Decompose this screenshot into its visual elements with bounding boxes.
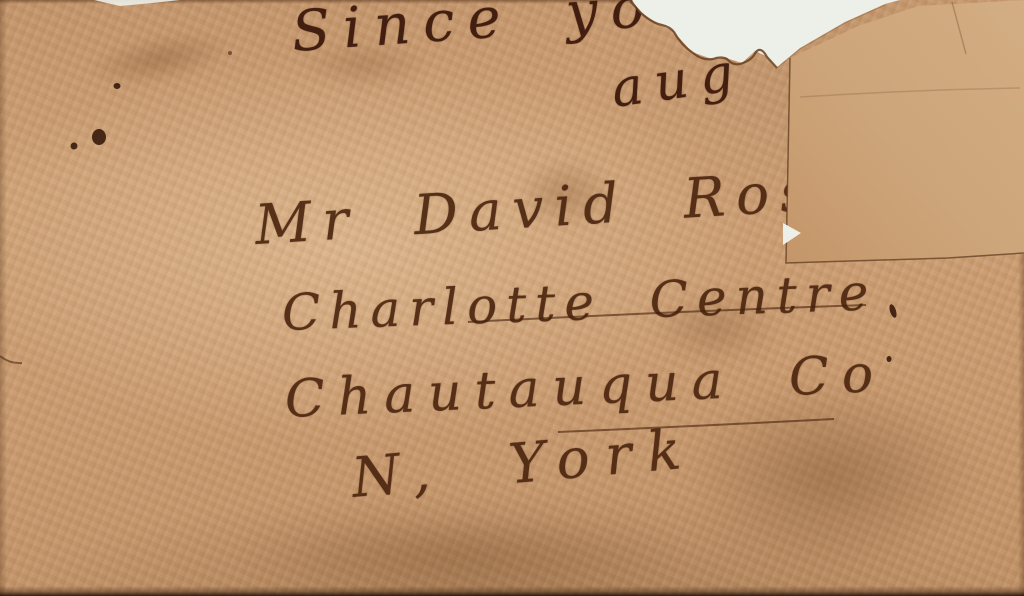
envelope-paper: Since yo aug Mr David Rose Charlotte Cen… <box>0 0 1024 596</box>
scan-background: Since yo aug Mr David Rose Charlotte Cen… <box>0 0 1024 596</box>
envelope-right-edge <box>1018 0 1024 596</box>
envelope-bottom-fold-shadow <box>0 586 1024 596</box>
envelope-left-edge <box>0 0 7 596</box>
